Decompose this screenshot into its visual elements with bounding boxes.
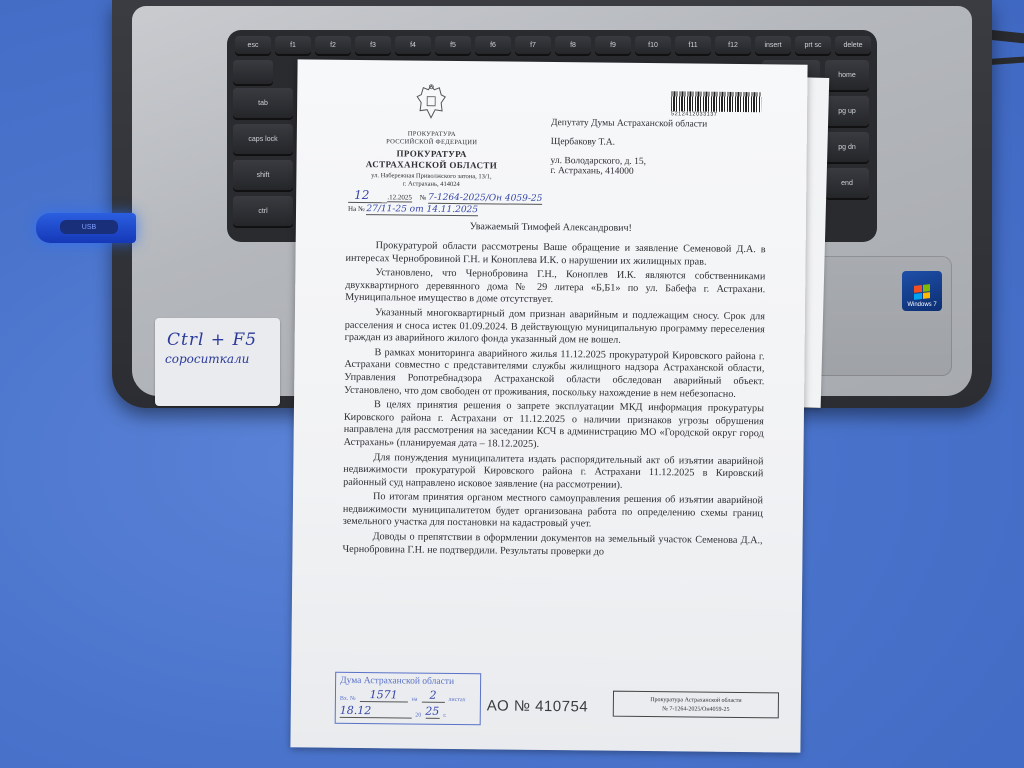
stamp-year-suffix: 25 xyxy=(425,705,439,719)
windows-logo-icon xyxy=(914,284,930,300)
number-handwritten: 7-1264-2025/Он 4059-25 xyxy=(428,193,542,205)
key-f11[interactable]: f11 xyxy=(675,36,711,54)
key-f4[interactable]: f4 xyxy=(395,36,431,54)
key-ctrl[interactable]: ctrl xyxy=(233,196,293,226)
key-f12[interactable]: f12 xyxy=(715,36,751,54)
key-f8[interactable]: f8 xyxy=(555,36,591,54)
reply-registration: На № 27/11-25 от 14.11.2025 xyxy=(348,204,478,215)
key-caps-lock[interactable]: caps lock xyxy=(233,124,293,154)
coat-of-arms-icon xyxy=(415,83,447,121)
number-label: № xyxy=(420,194,427,202)
letter-document: ПРОКУРАТУРА РОССИЙСКОЙ ФЕДЕРАЦИИ ПРОКУРА… xyxy=(290,59,807,752)
paragraph: В целях принятия решения о запрете экспл… xyxy=(344,399,765,454)
key-f1[interactable]: f1 xyxy=(275,36,311,54)
usb-label: USB xyxy=(60,220,118,234)
stamp-in-label: Вх. № xyxy=(340,696,356,702)
sticky-note-line1: Ctrl + F5 xyxy=(167,330,257,350)
key-esc[interactable]: esc xyxy=(235,36,271,54)
outgoing-stamp: Прокуратура Астраханской области № 7-126… xyxy=(613,691,779,719)
key-shift[interactable]: shift xyxy=(233,160,293,190)
windows-badge: Windows 7 xyxy=(902,271,942,311)
stamp-number-row: Вх. № 1571 на 2 листах xyxy=(340,688,476,703)
stamp-year-prefix: 20 xyxy=(415,713,421,719)
paragraph: Указанный многоквартирный дом признан ав… xyxy=(345,307,765,349)
key-backtick[interactable] xyxy=(233,60,273,84)
sticky-note-line2: сороситкали xyxy=(165,352,249,366)
usb-flash-drive: USB xyxy=(36,213,136,243)
outgoing-stamp-line2: № 7-1264-2025/Он4059-25 xyxy=(614,705,778,716)
paragraph: Доводы о препятствии в оформлении докуме… xyxy=(342,531,762,561)
stamp-sheets: 2 xyxy=(421,689,444,703)
addressee-line4: г. Астрахань, 414000 xyxy=(550,166,750,178)
key-f3[interactable]: f3 xyxy=(355,36,391,54)
key-f7[interactable]: f7 xyxy=(515,36,551,54)
paragraph: По итогам принятия органом местного само… xyxy=(343,491,763,533)
incoming-registration-stamp: Дума Астраханской области Вх. № 1571 на … xyxy=(335,672,482,726)
key-home[interactable]: home xyxy=(825,60,869,90)
key-f6[interactable]: f6 xyxy=(475,36,511,54)
date-printed: .12.2025 xyxy=(387,193,412,202)
key-f5[interactable]: f5 xyxy=(435,36,471,54)
key-insert[interactable]: insert xyxy=(755,36,791,54)
greeting: Уважаемый Тимофей Александрович! xyxy=(296,219,806,235)
reply-handwritten: 27/11-25 от 14.11.2025 xyxy=(366,204,478,216)
stamp-in-number: 1571 xyxy=(360,688,408,703)
key-f2[interactable]: f2 xyxy=(315,36,351,54)
stamp-on-label: на xyxy=(412,697,418,703)
stamp-title: Дума Астраханской области xyxy=(340,676,476,687)
key-f10[interactable]: f10 xyxy=(635,36,671,54)
outgoing-registration: 12.12.2025 № 7-1264-2025/Он 4059-25 xyxy=(348,188,542,204)
org-big-line2: АСТРАХАНСКОЙ ОБЛАСТИ xyxy=(336,159,526,172)
stamp-date-row: 18.12 20 25 г. xyxy=(340,704,476,719)
key-prt-sc[interactable]: prt sc xyxy=(795,36,831,54)
key-delete[interactable]: delete xyxy=(835,36,871,54)
date-handwritten: 12 xyxy=(348,188,387,203)
letter-body: Прокуратурой области рассмотрены Ваше об… xyxy=(342,240,765,563)
org-small-line2: РОССИЙСКОЙ ФЕДЕРАЦИИ xyxy=(347,138,517,148)
key-pg-up[interactable]: pg up xyxy=(825,96,869,126)
stamp-date: 18.12 xyxy=(340,704,412,719)
key-f9[interactable]: f9 xyxy=(595,36,631,54)
org-header-big: ПРОКУРАТУРА АСТРАХАНСКОЙ ОБЛАСТИ xyxy=(336,148,526,172)
stamp-sheets-label: листах xyxy=(448,697,465,703)
barcode xyxy=(671,91,761,112)
paragraph: Для понуждения муниципалитета издать рас… xyxy=(343,451,763,493)
reply-label: На № xyxy=(348,205,365,213)
org-header-small: ПРОКУРАТУРА РОССИЙСКОЙ ФЕДЕРАЦИИ xyxy=(347,130,517,148)
paragraph: Прокуратурой области рассмотрены Ваше об… xyxy=(345,240,765,270)
paragraph: В рамках мониторинга аварийного жилья 11… xyxy=(344,347,765,402)
key-end[interactable]: end xyxy=(825,168,869,198)
sticky-note: Ctrl + F5 сороситкали xyxy=(155,318,280,406)
stamp-year-label: г. xyxy=(443,713,446,719)
form-serial-number: АО № 410754 xyxy=(487,697,589,715)
addressee-block: Депутату Думы Астраханской области Щерба… xyxy=(550,118,751,187)
addressee-line1: Депутату Думы Астраханской области xyxy=(551,118,751,130)
os-badge-label: Windows 7 xyxy=(907,302,936,308)
addressee-line2: Щербакову Т.А. xyxy=(551,137,751,149)
key-tab[interactable]: tab xyxy=(233,88,293,118)
key-pg-dn[interactable]: pg dn xyxy=(825,132,869,162)
barcode-number: 5212412033137 xyxy=(671,111,761,118)
paragraph: Установлено, что Чернобровина Г.Н., Коно… xyxy=(345,267,765,309)
